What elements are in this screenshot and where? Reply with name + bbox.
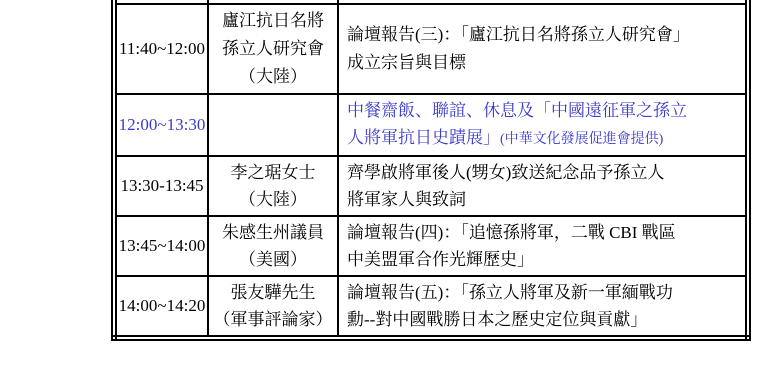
description-line: 齊學啟將軍後人(甥女)致送紀念品予孫立人 [347, 159, 741, 186]
schedule-table-body: 11:40~12:00 廬江抗日名將孫立人研究會（大陸） 論壇報告(三)：「廬江… [114, 0, 748, 338]
speaker-line: （美國） [209, 246, 337, 273]
description-line: 人將軍抗日史蹟展」(中華文化發展促進會提供) [347, 124, 741, 153]
speaker-line: （軍事評論家） [209, 306, 337, 333]
description-line: 論壇報告(五)：「孫立人將軍及新一軍緬戰功 [347, 279, 741, 306]
description-cell: 中餐齋飯、聯誼、休息及「中國遠征軍之孫立人將軍抗日史蹟展」(中華文化發展促進會提… [338, 94, 748, 156]
speaker-cell: 張友驊先生（軍事評論家） [208, 276, 338, 338]
speaker-line: 張友驊先生 [209, 279, 337, 306]
description-line: 成立宗旨與目標 [347, 49, 741, 77]
description-line: 中餐齋飯、聯誼、休息及「中國遠征軍之孫立 [347, 97, 741, 124]
speaker-line: （大陸） [209, 186, 337, 213]
table-row: 11:40~12:00 廬江抗日名將孫立人研究會（大陸） 論壇報告(三)：「廬江… [114, 4, 748, 94]
speaker-line: 孫立人研究會 [209, 35, 337, 63]
forum-schedule-table: 11:40~12:00 廬江抗日名將孫立人研究會（大陸） 論壇報告(三)：「廬江… [111, 0, 751, 341]
description-line: 勳--對中國戰勝日本之歷史定位與貢獻」 [347, 306, 741, 333]
table-row: 13:30-13:45 李之琚女士（大陸） 齊學啟將軍後人(甥女)致送紀念品予孫… [114, 156, 748, 216]
table-row: 14:00~14:20 張友驊先生（軍事評論家） 論壇報告(五)：「孫立人將軍及… [114, 276, 748, 338]
time-cell: 12:00~13:30 [114, 94, 208, 156]
speaker-line: 廬江抗日名將 [209, 7, 337, 35]
description-line: 將軍家人與致詞 [347, 186, 741, 213]
table-row: 13:45~14:00 朱感生州議員（美國） 論壇報告(四)：「追憶孫將軍，二戰… [114, 216, 748, 276]
description-line: 論壇報告(四)：「追憶孫將軍，二戰 CBI 戰區 [347, 219, 741, 246]
description-cell: 論壇報告(五)：「孫立人將軍及新一軍緬戰功勳--對中國戰勝日本之歷史定位與貢獻」 [338, 276, 748, 338]
description-cell: 齊學啟將軍後人(甥女)致送紀念品予孫立人將軍家人與致詞 [338, 156, 748, 216]
description-note: (中華文化發展促進會提供) [500, 132, 663, 147]
description-line: 中美盟軍合作光輝歷史」 [347, 246, 741, 273]
speaker-cell [208, 94, 338, 156]
document-page: 11:40~12:00 廬江抗日名將孫立人研究會（大陸） 論壇報告(三)：「廬江… [0, 0, 772, 377]
speaker-cell: 朱感生州議員（美國） [208, 216, 338, 276]
time-cell: 14:00~14:20 [114, 276, 208, 338]
time-cell: 13:45~14:00 [114, 216, 208, 276]
speaker-cell: 廬江抗日名將孫立人研究會（大陸） [208, 4, 338, 94]
speaker-cell: 李之琚女士（大陸） [208, 156, 338, 216]
speaker-line: 朱感生州議員 [209, 219, 337, 246]
speaker-line: （大陸） [209, 63, 337, 91]
description-line: 論壇報告(三)：「廬江抗日名將孫立人研究會」 [347, 21, 741, 49]
speaker-line: 李之琚女士 [209, 159, 337, 186]
schedule-table: 11:40~12:00 廬江抗日名將孫立人研究會（大陸） 論壇報告(三)：「廬江… [111, 0, 751, 341]
description-cell: 論壇報告(三)：「廬江抗日名將孫立人研究會」成立宗旨與目標 [338, 4, 748, 94]
time-cell: 13:30-13:45 [114, 156, 208, 216]
description-cell: 論壇報告(四)：「追憶孫將軍，二戰 CBI 戰區中美盟軍合作光輝歷史」 [338, 216, 748, 276]
time-cell: 11:40~12:00 [114, 4, 208, 94]
table-row: 12:00~13:30 中餐齋飯、聯誼、休息及「中國遠征軍之孫立人將軍抗日史蹟展… [114, 94, 748, 156]
